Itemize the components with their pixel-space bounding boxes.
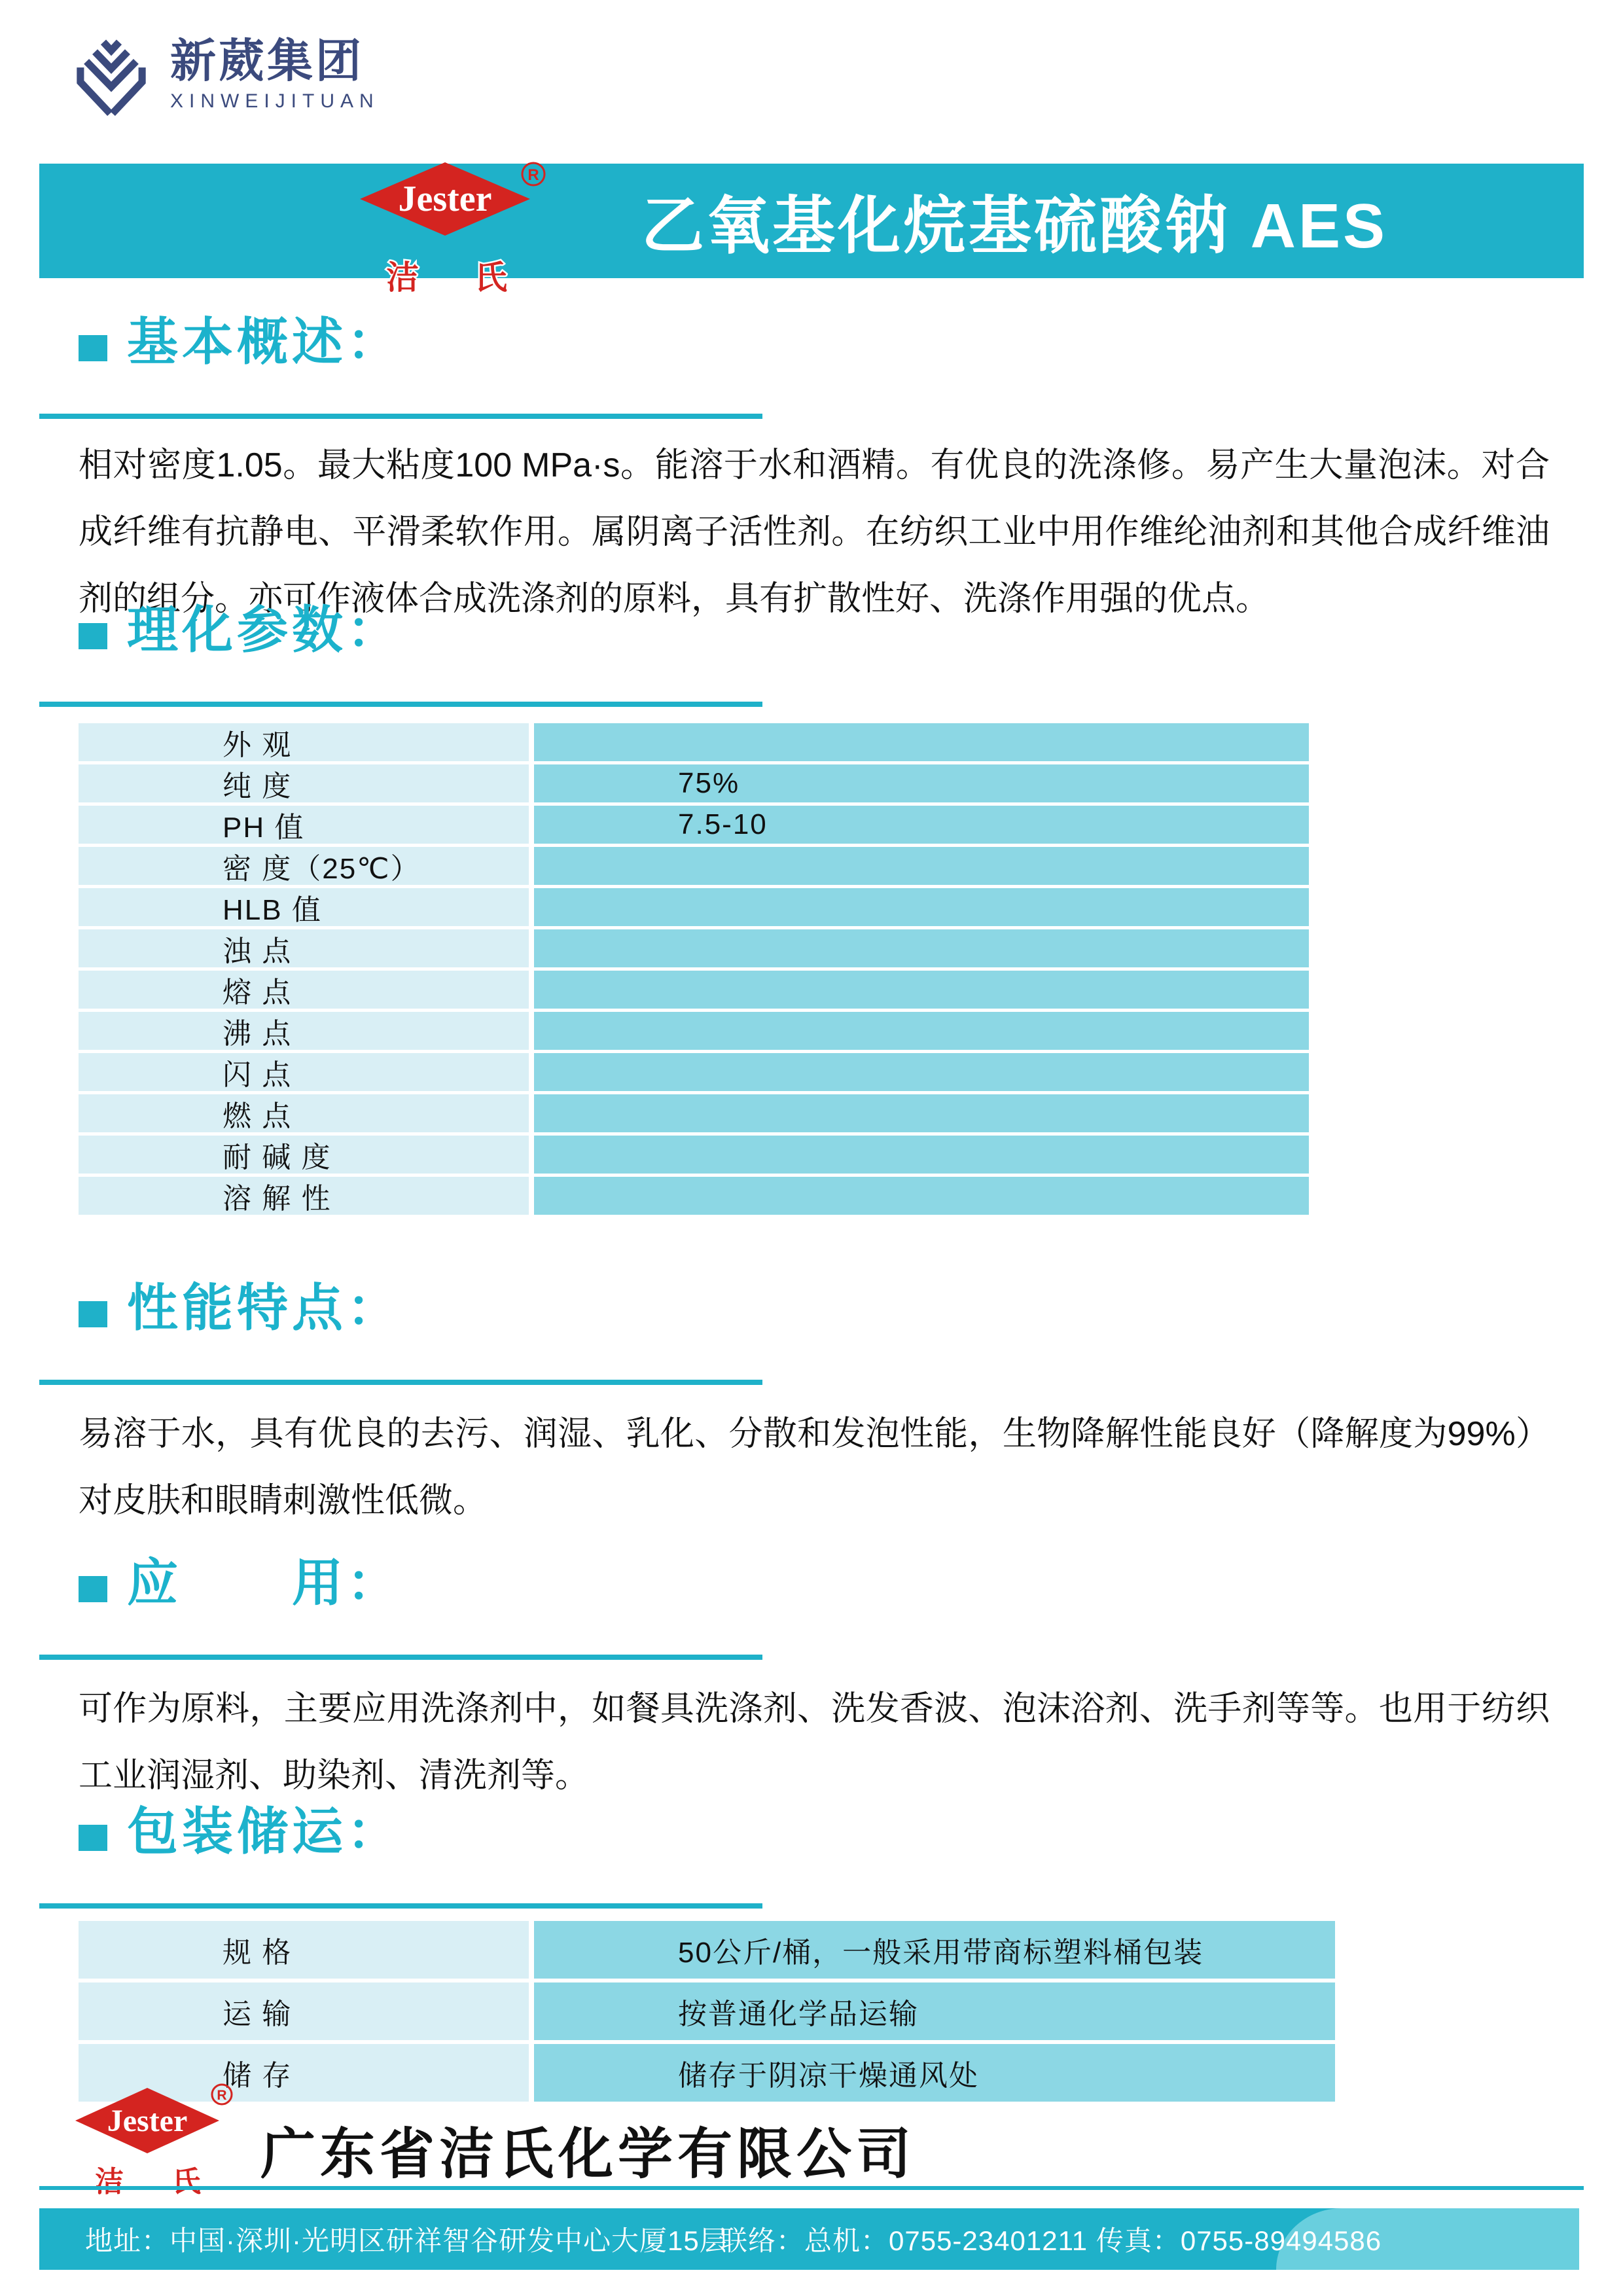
parameter-value	[534, 1094, 1309, 1132]
packaging-value: 储存于阴凉干燥通风处	[534, 2044, 1335, 2102]
parameter-label: 外 观	[79, 723, 529, 761]
xinwei-diamond-chevron-icon	[71, 29, 152, 117]
packaging-table: 规 格 50公斤/桶，一般采用带商标塑料桶包装 运 输 按普通化学品运输 储 存…	[79, 1921, 1335, 2106]
parameter-value	[534, 888, 1309, 926]
section-underline	[39, 414, 762, 419]
parameter-value	[534, 1012, 1309, 1050]
parameter-label: 密 度（25℃）	[79, 847, 529, 885]
section-underline	[39, 1903, 762, 1909]
application-paragraph: 可作为原料，主要应用洗涤剂中，如餐具洗涤剂、洗发香波、泡沫浴剂、洗手剂等等。也用…	[79, 1676, 1550, 1809]
parameter-row: 熔 点	[79, 971, 1309, 1009]
footer-contact-bar: 地址：中国·深圳·光明区研祥智谷研发中心大厦15层 联络：总机：0755-234…	[39, 2208, 1579, 2270]
parameter-row: 闪 点	[79, 1053, 1309, 1091]
parameter-label: 溶 解 性	[79, 1177, 529, 1215]
company-address: 地址：中国·深圳·光明区研祥智谷研发中心大厦15层	[85, 2208, 728, 2270]
section-bullet-icon	[79, 1576, 107, 1602]
parameter-row: 纯 度 75%	[79, 764, 1309, 802]
section-heading-application: 应 用：	[127, 1556, 402, 1609]
jester-sub-left: 洁	[95, 2166, 124, 2198]
parameter-label: 沸 点	[79, 1012, 529, 1050]
jester-sub-right: 氏	[474, 259, 508, 296]
parameter-value	[534, 1053, 1309, 1091]
jester-footer-logo-icon: Jester R 洁 氏	[69, 2081, 232, 2202]
parameter-row: HLB 值	[79, 888, 1309, 926]
footer-divider-line	[39, 2186, 1584, 2190]
product-title-banner: Jester R 洁 氏 乙氧基化烷基硫酸钠 AES	[39, 164, 1584, 278]
company-name: 广东省洁氏化学有限公司	[260, 2110, 916, 2189]
product-title: 乙氧基化烷基硫酸钠 AES	[576, 164, 1453, 278]
parameter-label: 纯 度	[79, 764, 529, 802]
parameter-value	[534, 1177, 1309, 1215]
section-underline	[39, 1380, 762, 1385]
parameter-label: 燃 点	[79, 1094, 529, 1132]
parameter-row: 沸 点	[79, 1012, 1309, 1050]
jester-sub-left: 洁	[386, 259, 419, 296]
packaging-value: 50公斤/桶，一般采用带商标塑料桶包装	[534, 1921, 1335, 1979]
section-bullet-icon	[79, 335, 107, 361]
packaging-label: 规 格	[79, 1921, 529, 1979]
parameter-label: 闪 点	[79, 1053, 529, 1091]
packaging-row: 储 存 储存于阴凉干燥通风处	[79, 2044, 1335, 2102]
parameter-value	[534, 723, 1309, 761]
packaging-row: 运 输 按普通化学品运输	[79, 1982, 1335, 2040]
jester-brand-logo-icon: Jester R 洁 氏	[337, 154, 560, 305]
registered-trademark-letter: R	[217, 2088, 226, 2103]
jester-wordmark: Jester	[107, 2104, 188, 2138]
section-heading-packaging: 包装储运：	[127, 1805, 402, 1857]
parameter-row: 耐 碱 度	[79, 1136, 1309, 1174]
parameter-row: 燃 点	[79, 1094, 1309, 1132]
parameter-label: PH 值	[79, 806, 529, 844]
product-datasheet-page: 新葳集团 XINWEIJITUAN Jester R 洁 氏 乙氧基化烷基硫酸钠…	[0, 0, 1623, 2296]
parameter-label: 耐 碱 度	[79, 1136, 529, 1174]
parameter-label: HLB 值	[79, 888, 529, 926]
parameters-table: 外 观 纯 度 75% PH 值 7.5-10 密 度（25℃） HLB 值	[79, 723, 1309, 1218]
parameter-row: 外 观	[79, 723, 1309, 761]
section-heading-parameters: 理化参数：	[127, 603, 402, 656]
jester-sub-right: 氏	[172, 2166, 202, 2198]
section-bullet-icon	[79, 1301, 107, 1327]
parameter-row: 溶 解 性	[79, 1177, 1309, 1215]
parameter-row: 浊 点	[79, 929, 1309, 967]
packaging-value: 按普通化学品运输	[534, 1982, 1335, 2040]
section-bullet-icon	[79, 623, 107, 649]
group-name: 新葳集团	[170, 35, 380, 86]
jester-wordmark: Jester	[398, 179, 491, 219]
parameter-label: 熔 点	[79, 971, 529, 1009]
section-heading-features: 性能特点：	[127, 1282, 402, 1334]
packaging-label: 运 输	[79, 1982, 529, 2040]
section-underline	[39, 702, 762, 707]
parameter-value: 75%	[534, 764, 1309, 802]
parameter-row: PH 值 7.5-10	[79, 806, 1309, 844]
registered-trademark-letter: R	[527, 166, 539, 184]
section-heading-overview: 基本概述：	[127, 315, 402, 368]
parameter-value: 7.5-10	[534, 806, 1309, 844]
parameter-value	[534, 929, 1309, 967]
parameter-row: 密 度（25℃）	[79, 847, 1309, 885]
parameter-label: 浊 点	[79, 929, 529, 967]
features-paragraph: 易溶于水，具有优良的去污、润湿、乳化、分散和发泡性能，生物降解性能良好（降解度为…	[79, 1401, 1550, 1534]
parameter-value	[534, 847, 1309, 885]
company-contact: 联络：总机：0755-23401211 传真：0755-89494586	[720, 2208, 1382, 2270]
xinwei-group-logo: 新葳集团 XINWEIJITUAN	[71, 29, 380, 117]
parameter-value	[534, 1136, 1309, 1174]
packaging-row: 规 格 50公斤/桶，一般采用带商标塑料桶包装	[79, 1921, 1335, 1979]
parameter-value	[534, 971, 1309, 1009]
section-bullet-icon	[79, 1825, 107, 1851]
xinwei-logo-text: 新葳集团 XINWEIJITUAN	[170, 29, 380, 113]
group-name-latin: XINWEIJITUAN	[170, 90, 380, 113]
section-underline	[39, 1655, 762, 1660]
